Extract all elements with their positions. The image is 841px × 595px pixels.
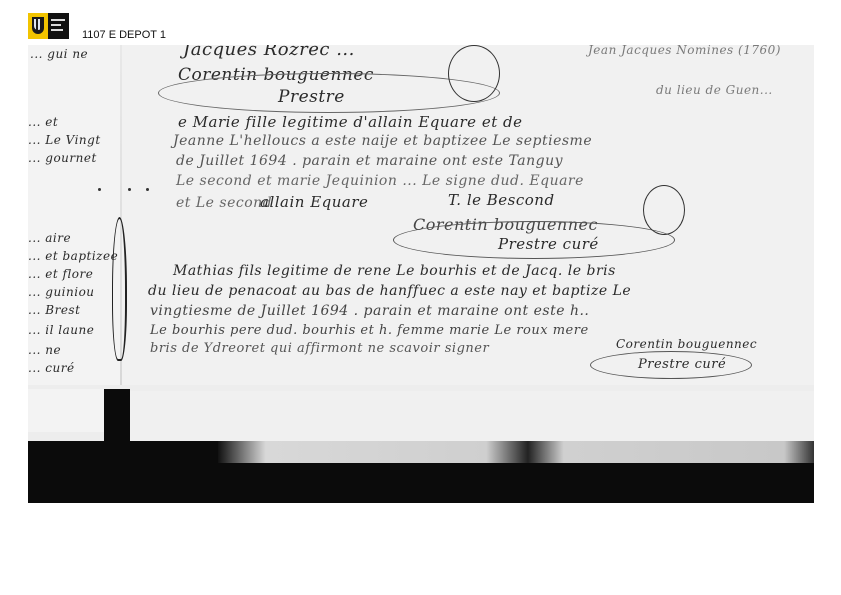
signature: Corentin bouguennec [616, 337, 757, 351]
margin-note: du lieu de Guen... [656, 83, 773, 97]
logo-crest [28, 13, 48, 39]
entry-line: Le bourhis pere dud. bourhis et h. femme… [150, 323, 589, 338]
signature: T. le Bescond [448, 191, 555, 209]
pin-icon [112, 217, 127, 361]
left-fragment: ... gournet [28, 151, 97, 165]
left-fragment: ... et [28, 115, 58, 129]
page-edge [130, 391, 814, 441]
entry-line: Jacques Rozrec ... [183, 45, 355, 60]
document-reference: 1107 E DEPOT 1 [82, 29, 166, 41]
binding-tab [104, 389, 130, 445]
left-page-edge [28, 389, 104, 432]
archives-logo-icon [28, 13, 69, 39]
entry-line: Mathias fils legitime de rene Le bourhis… [173, 263, 616, 279]
logo-wordmark [48, 13, 69, 39]
left-fragment: ... guiniou [28, 285, 95, 299]
signature-paraph [448, 45, 500, 102]
entry-line: Jeanne L'helloucs a este naije et baptiz… [173, 133, 592, 149]
entry-line: du lieu de penacoat au bas de hanffuec a… [148, 283, 631, 299]
left-fragment: ... il laune [28, 323, 94, 337]
left-fragment: ... Brest [28, 303, 80, 317]
entry-line: Le second et marie Jequinion ... Le sign… [176, 173, 584, 189]
entry-line: de Juillet 1694 . parain et maraine ont … [176, 153, 563, 169]
left-fragment: ... curé [28, 361, 75, 375]
signature-paraph [643, 185, 685, 235]
left-fragment: ... aire [28, 231, 71, 245]
signature-flourish [393, 221, 675, 259]
entry-line: e Marie fille legitime d'allain Equare e… [178, 113, 522, 131]
entry-line: vingtiesme de Juillet 1694 . parain et m… [150, 303, 589, 319]
scan-shadow [218, 441, 814, 463]
left-fragment: ... Le Vingt [28, 133, 101, 147]
left-fragment: ... ne [28, 343, 61, 357]
entry-line: bris de Ydreoret qui affirmont ne scavoi… [150, 341, 489, 356]
scanned-document-image: ... gui ne ... et ... Le Vingt ... gourn… [28, 45, 814, 503]
left-fragment: ... et flore [28, 267, 93, 281]
entry-line: et Le second [176, 195, 272, 211]
left-fragment: ... et baptizee [28, 249, 118, 263]
signature-flourish [590, 351, 752, 379]
left-fragment: ... gui ne [30, 47, 88, 61]
signature: allain Equare [260, 193, 368, 211]
margin-note: Jean Jacques Nomines (1760) [588, 45, 781, 57]
